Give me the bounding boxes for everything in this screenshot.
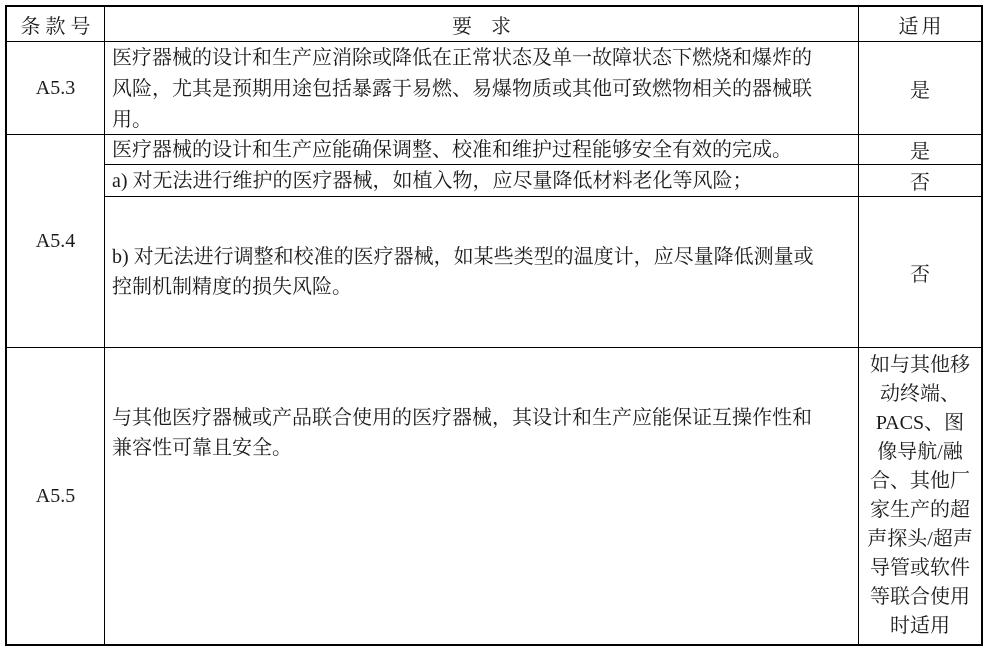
header-applicable-label: 适用	[899, 10, 945, 39]
clause-cell-a54: A5.4	[7, 135, 105, 348]
requirement-cell-a54-main: 医疗器械的设计和生产应能确保调整、校准和维护过程能够安全有效的完成。	[105, 135, 859, 165]
applicable-cell-a54-main: 是	[859, 135, 981, 165]
requirement-cell-a54-b: b) 对无法进行调整和校准的医疗器械，如某些类型的温度计，应尽量降低测量或 控制…	[105, 197, 859, 348]
document-page: 条款号 要求 适用 A5.3 医疗器械的设计和生产应消除或降低在正常状态及单一故…	[0, 0, 988, 651]
header-requirement-cell: 要求	[105, 7, 859, 42]
applicable-cell-a54-a: 否	[859, 165, 981, 197]
header-clause-label: 条款号	[21, 10, 96, 39]
requirement-cell-a54-a: a) 对无法进行维护的医疗器械，如植入物，应尽量降低材料老化等风险；	[105, 165, 859, 197]
clause-cell-a53: A5.3	[7, 42, 105, 135]
requirements-table: 条款号 要求 适用 A5.3 医疗器械的设计和生产应消除或降低在正常状态及单一故…	[5, 5, 983, 646]
header-applicable-cell: 适用	[859, 7, 981, 42]
header-clause-cell: 条款号	[7, 7, 105, 42]
applicable-cell-a54-b: 否	[859, 197, 981, 348]
applicable-cell-a53: 是	[859, 42, 981, 135]
requirement-cell-a53: 医疗器械的设计和生产应消除或降低在正常状态及单一故障状态下燃烧和爆炸的 风险，尤…	[105, 42, 859, 135]
clause-cell-a55: A5.5	[7, 348, 105, 644]
requirement-cell-a55: 与其他医疗器械或产品联合使用的医疗器械，其设计和生产应能保证互操作性和 兼容性可…	[105, 348, 859, 644]
header-requirement-label: 要求	[452, 10, 530, 39]
applicable-cell-a55: 如与其他移 动终端、 PACS、图 像导航/融 合、其他厂 家生产的超 声探头/…	[859, 348, 981, 644]
